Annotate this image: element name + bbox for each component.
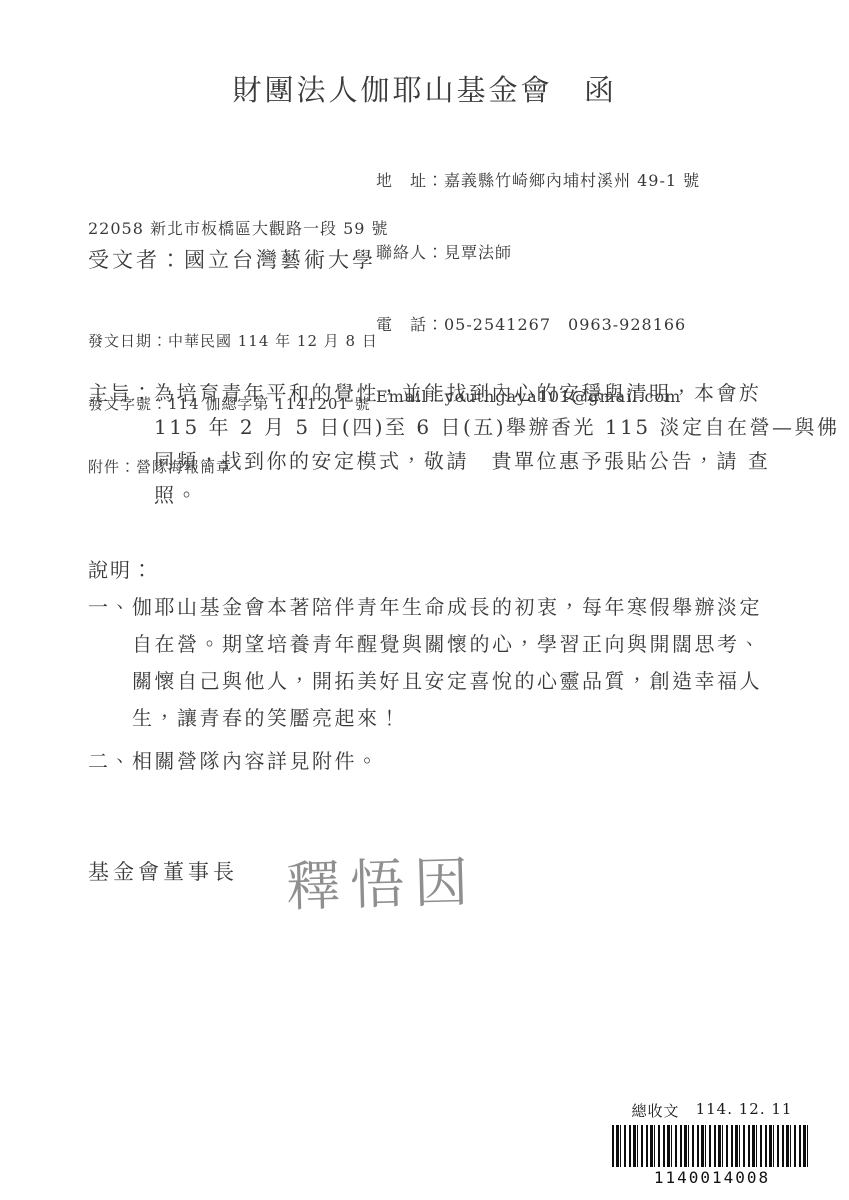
explanation-section: 說明： 一、 伽耶山基金會本著陪伴青年生命成長的初衷，每年寒假舉辦淡定 自在營。… xyxy=(88,552,788,780)
item-number-label: 二、 xyxy=(88,743,132,780)
subject-section: 主旨： 為培育青年平和的覺性，並能找到內心的安穩與清明，本會於 115 年 2 … xyxy=(88,376,788,512)
explanation-line: 自在營。期望培養青年醒覺與關懷的心，學習正向與開闊思考、 xyxy=(132,626,788,663)
recipient-line: 受文者：國立台灣藝術大學 xyxy=(88,244,389,274)
handwritten-signature: 釋悟因 xyxy=(285,840,479,922)
sender-address-line: 地 址：嘉義縣竹崎鄉內埔村溪州 49-1 號 xyxy=(376,169,700,193)
receipt-stamp-header: 總收文 114. 12. 11 xyxy=(612,1100,812,1121)
receipt-stamp-label: 總收文 xyxy=(632,1100,680,1121)
subject-label: 主旨： xyxy=(88,376,154,410)
document-title: 財團法人伽耶山基金會 函 xyxy=(0,68,849,109)
explanation-line: 相關營隊內容詳見附件。 xyxy=(132,743,788,780)
sender-phone-line: 電 話：05-2541267 0963-928166 xyxy=(376,313,700,337)
explanation-item-body: 伽耶山基金會本著陪伴青年生命成長的初衷，每年寒假舉辦淡定 自在營。期望培養青年醒… xyxy=(132,589,788,737)
barcode xyxy=(612,1125,808,1167)
subject-line: 115 年 2 月 5 日(四)至 6 日(五)舉辦香光 115 淡定自在營—與… xyxy=(154,410,839,444)
issue-date-line: 發文日期：中華民國 114 年 12 月 8 日 xyxy=(88,331,378,352)
explanation-item-body: 相關營隊內容詳見附件。 xyxy=(132,743,788,780)
subject-line: 為培育青年平和的覺性，並能找到內心的安穩與清明，本會於 xyxy=(154,376,839,410)
explanation-heading: 說明： xyxy=(88,552,788,589)
barcode-number: 1140014008 xyxy=(612,1168,812,1187)
recipient-postal-line: 22058 新北市板橋區大觀路一段 59 號 xyxy=(88,216,389,239)
explanation-line: 伽耶山基金會本著陪伴青年生命成長的初衷，每年寒假舉辦淡定 xyxy=(132,589,788,626)
subject-body: 為培育青年平和的覺性，並能找到內心的安穩與清明，本會於 115 年 2 月 5 … xyxy=(154,376,839,512)
signature-title: 基金會董事長 xyxy=(88,856,238,886)
signature-block: 基金會董事長 釋悟因 xyxy=(88,848,588,948)
subject-line: 照。 xyxy=(154,478,839,512)
sender-contact-line: 聯絡人：見覃法師 xyxy=(376,241,700,265)
document-page: 財團法人伽耶山基金會 函 地 址：嘉義縣竹崎鄉內埔村溪州 49-1 號 聯絡人：… xyxy=(0,0,849,1200)
explanation-item-1: 一、 伽耶山基金會本著陪伴青年生命成長的初衷，每年寒假舉辦淡定 自在營。期望培養… xyxy=(88,589,788,737)
receipt-stamp: 總收文 114. 12. 11 1140014008 xyxy=(612,1100,812,1187)
subject-line: 同頻，找到你的安定模式，敬請 貴單位惠予張貼公告，請 查 xyxy=(154,444,839,478)
explanation-item-2: 二、 相關營隊內容詳見附件。 xyxy=(88,743,788,780)
recipient-block: 22058 新北市板橋區大觀路一段 59 號 受文者：國立台灣藝術大學 xyxy=(88,216,389,274)
item-number-label: 一、 xyxy=(88,589,132,626)
explanation-line: 關懷自己與他人，開拓美好且安定喜悅的心靈品質，創造幸福人 xyxy=(132,663,788,700)
explanation-line: 生，讓青春的笑靨亮起來！ xyxy=(132,700,788,737)
receipt-stamp-date: 114. 12. 11 xyxy=(696,1100,793,1121)
